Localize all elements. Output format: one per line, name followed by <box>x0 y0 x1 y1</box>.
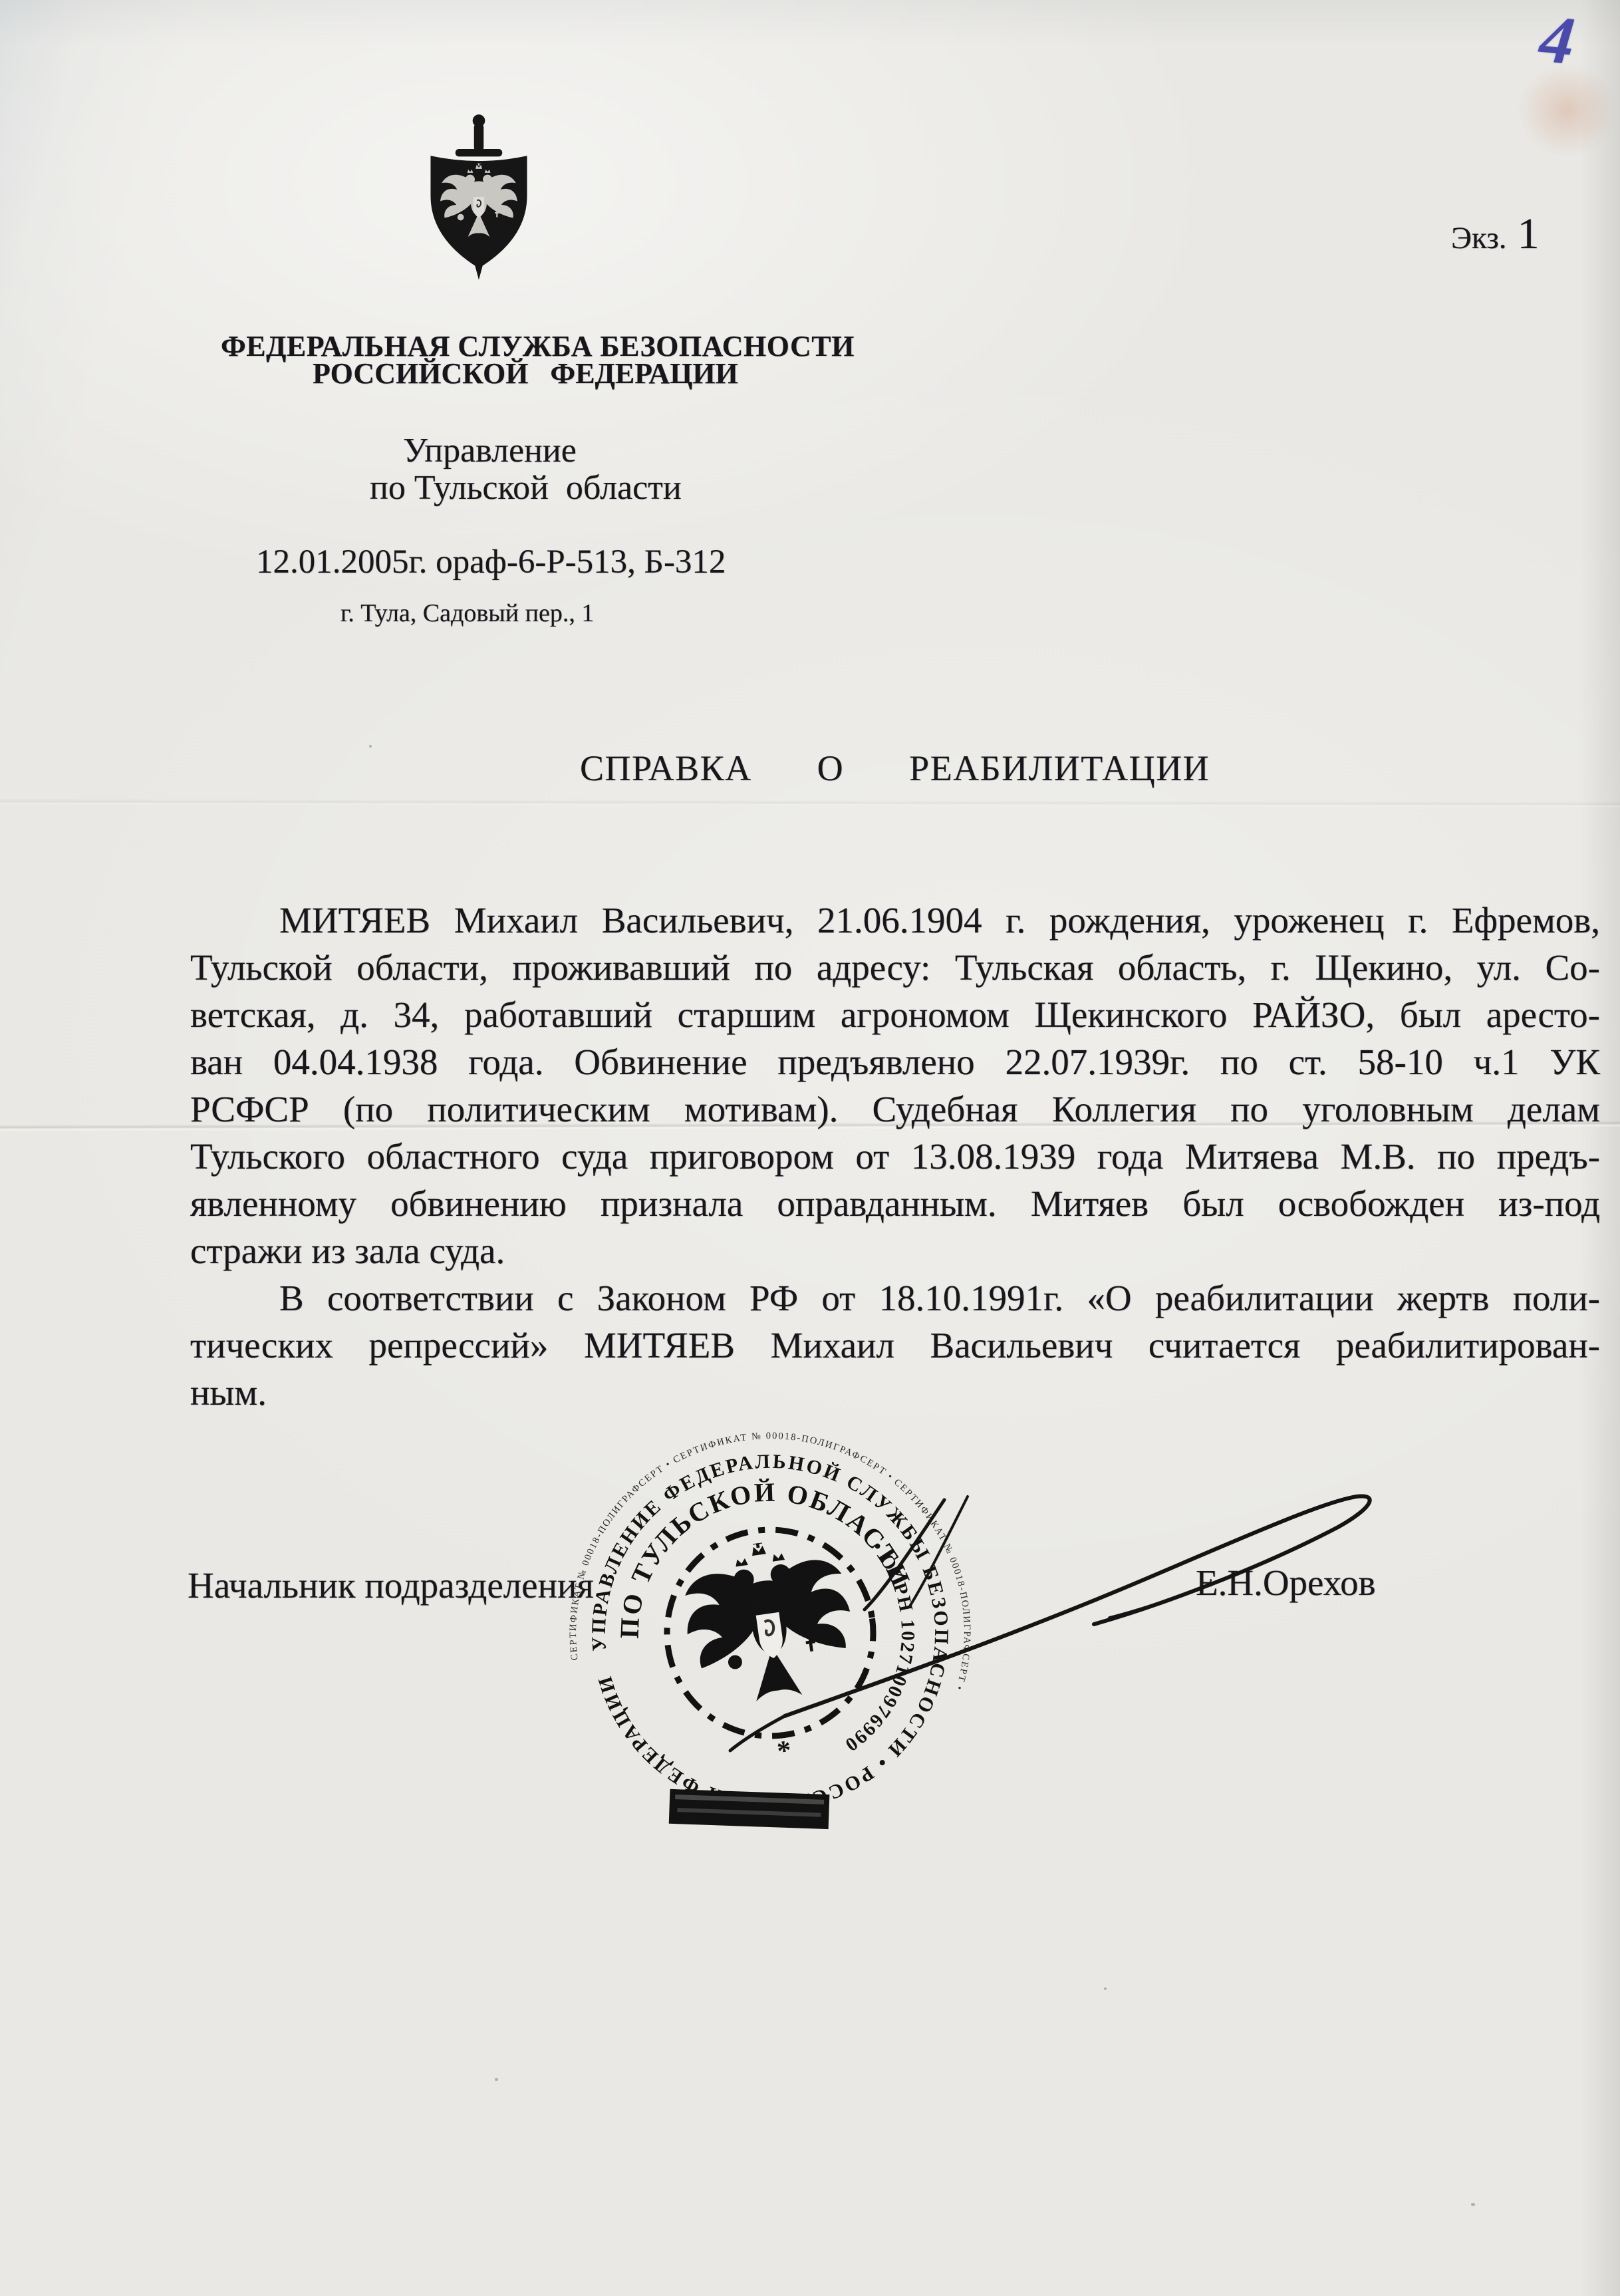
scanned-document-page: 4 Экз. 1 <box>0 0 1620 2296</box>
signature-ink-layer <box>0 0 1620 2296</box>
